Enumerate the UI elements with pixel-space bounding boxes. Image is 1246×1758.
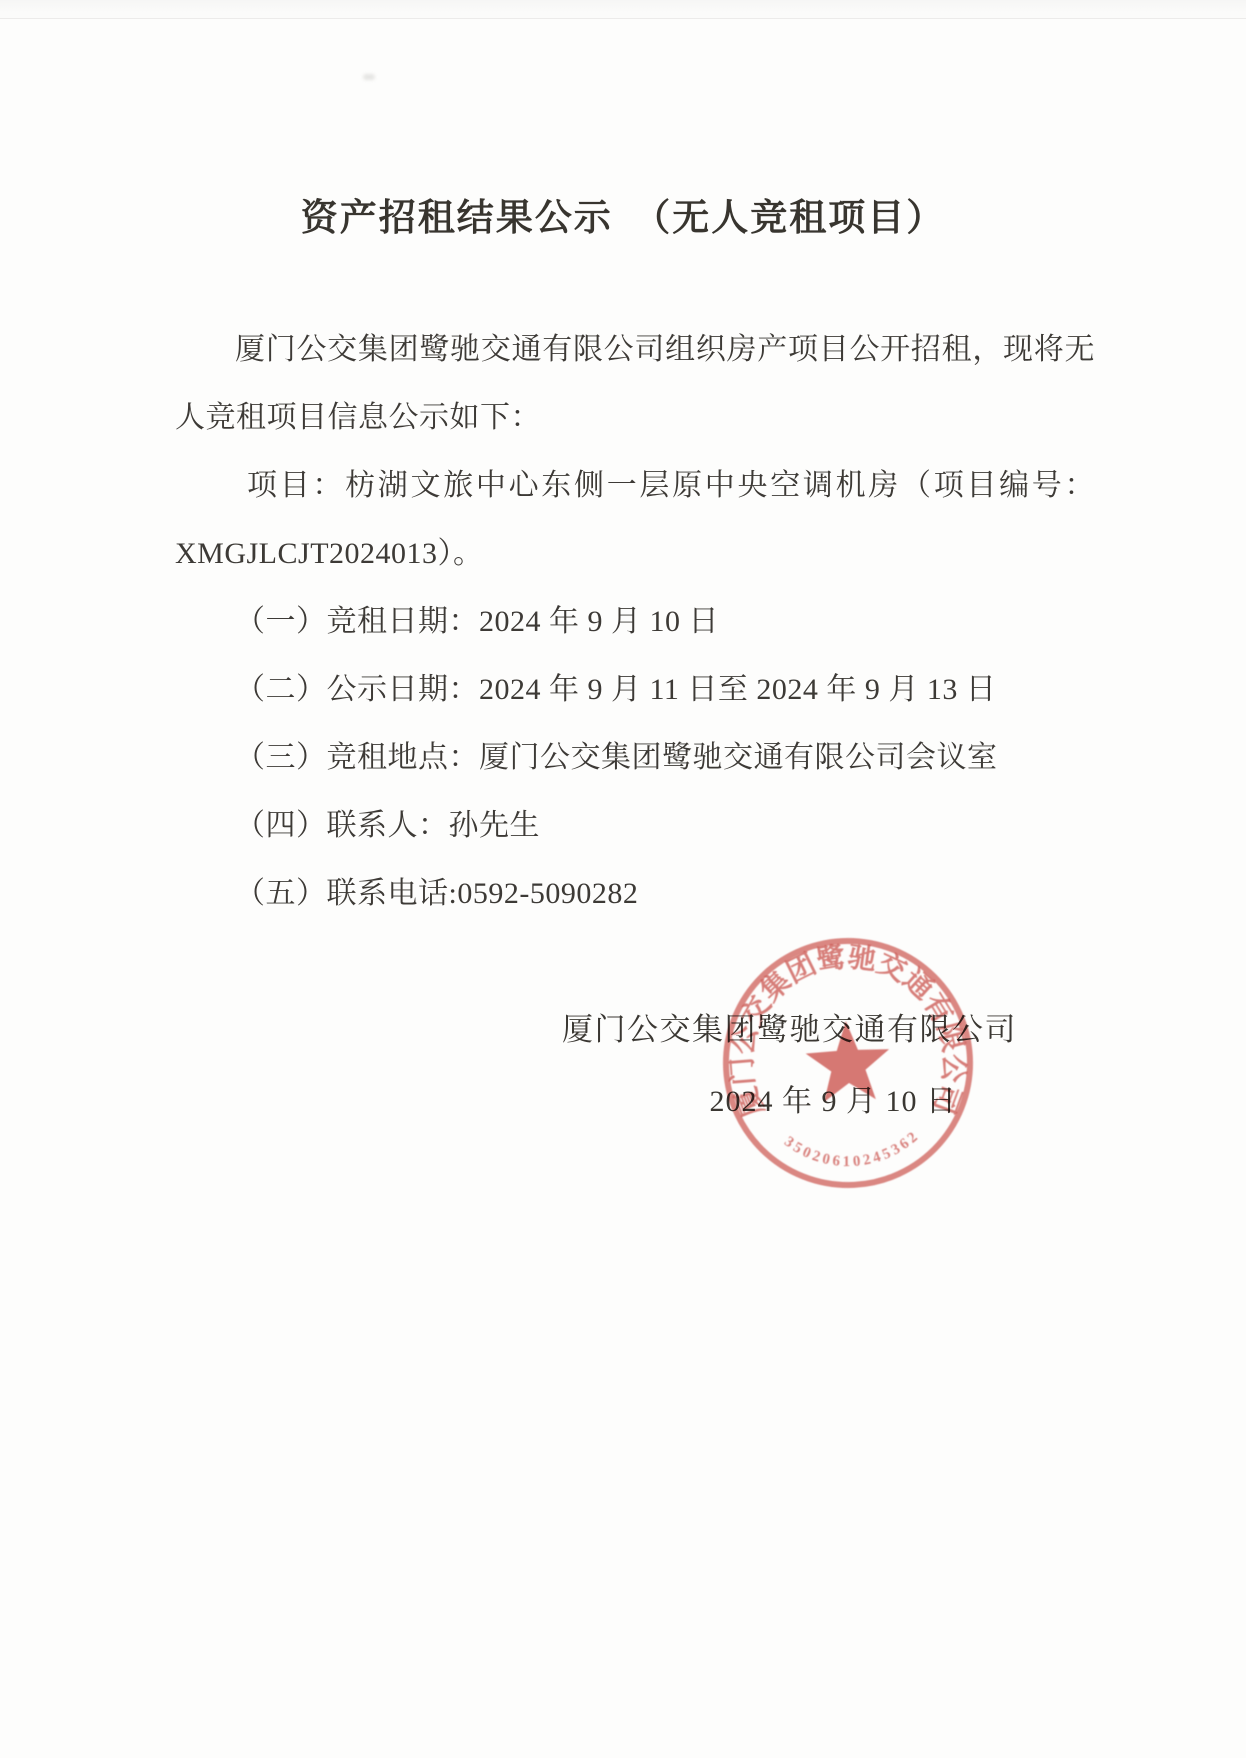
scan-edge-shading [0, 0, 1246, 19]
seal-star-icon [804, 1019, 892, 1103]
seal-serial-number: 35020610245362 [780, 1127, 924, 1174]
document-page: 资产招租结果公示 （无人竞租项目） 厦门公交集团鹭驰交通有限公司组织房产项目公开… [0, 0, 1246, 1758]
company-seal-stamp: 厦门公交集团鹭驰交通有限公司 35020610245362 [690, 905, 1005, 1220]
scan-artifact-speck [363, 74, 375, 80]
project-paragraph: 项目：枋湖文旅中心东侧一层原中央空调机房（项目编号：XMGJLCJT202401… [175, 452, 1095, 588]
list-item-contact-person: （四）联系人：孙先生 [175, 792, 1095, 860]
document-body: 厦门公交集团鹭驰交通有限公司组织房产项目公开招租，现将无人竞租项目信息公示如下：… [175, 316, 1095, 928]
list-item-lease-date: （一）竞租日期：2024 年 9 月 10 日 [175, 588, 1095, 656]
intro-paragraph: 厦门公交集团鹭驰交通有限公司组织房产项目公开招租，现将无人竞租项目信息公示如下： [175, 316, 1095, 452]
page-title: 资产招租结果公示 （无人竞租项目） [0, 188, 1246, 248]
list-item-publicity-date: （二）公示日期：2024 年 9 月 11 日至 2024 年 9 月 13 日 [175, 656, 1095, 724]
list-item-lease-location: （三）竞租地点：厦门公交集团鹭驰交通有限公司会议室 [175, 724, 1095, 792]
